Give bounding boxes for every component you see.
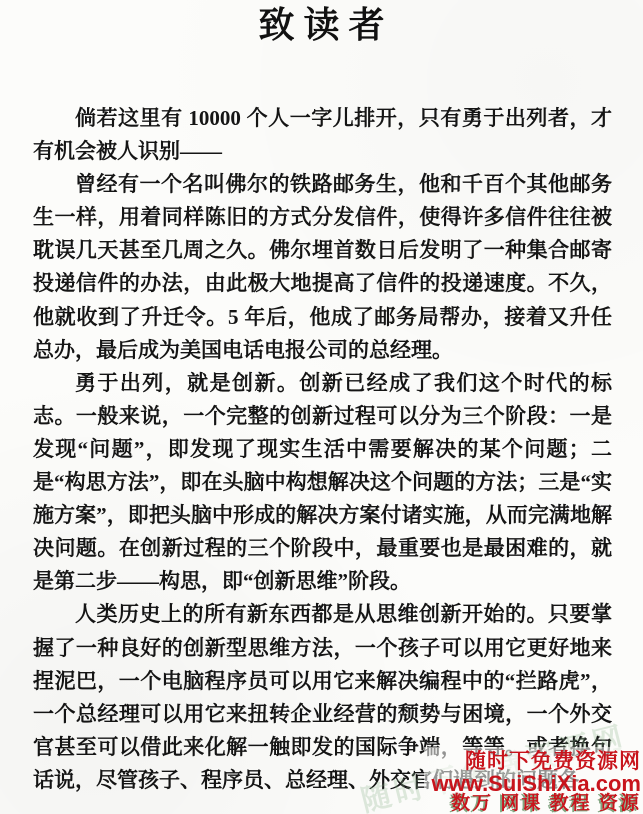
watermark-tagline: 数万 网课 教程 资源 xyxy=(432,794,641,814)
scanned-book-page: 致读者 倘若这里有 10000 个人一字儿排开，只有勇于出列者，才有机会被人识别… xyxy=(0,0,643,814)
watermark-site-name: 随时下免费资源网 xyxy=(432,751,641,773)
page-title: 致读者 xyxy=(0,0,643,46)
watermark: 随时下免费资源网 www.SuiShiXia.com 数万 网课 教程 资源 xyxy=(424,747,643,814)
body-paragraph: 曾经有一个名叫佛尔的铁路邮务生，他和千百个其他邮务生一样，用着同样陈旧的方式分发… xyxy=(33,168,612,367)
body-paragraph: 倘若这里有 10000 个人一字儿排开，只有勇于出列者，才有机会被人识别—— xyxy=(33,102,612,168)
watermark-site-url: www.SuiShiXia.com xyxy=(432,773,641,794)
body-paragraph: 勇于出列，就是创新。创新已经成了我们这个时代的标志。一般来说，一个完整的创新过程… xyxy=(33,367,612,599)
document-body: 倘若这里有 10000 个人一字儿排开，只有勇于出列者，才有机会被人识别—— 曾… xyxy=(33,102,612,797)
